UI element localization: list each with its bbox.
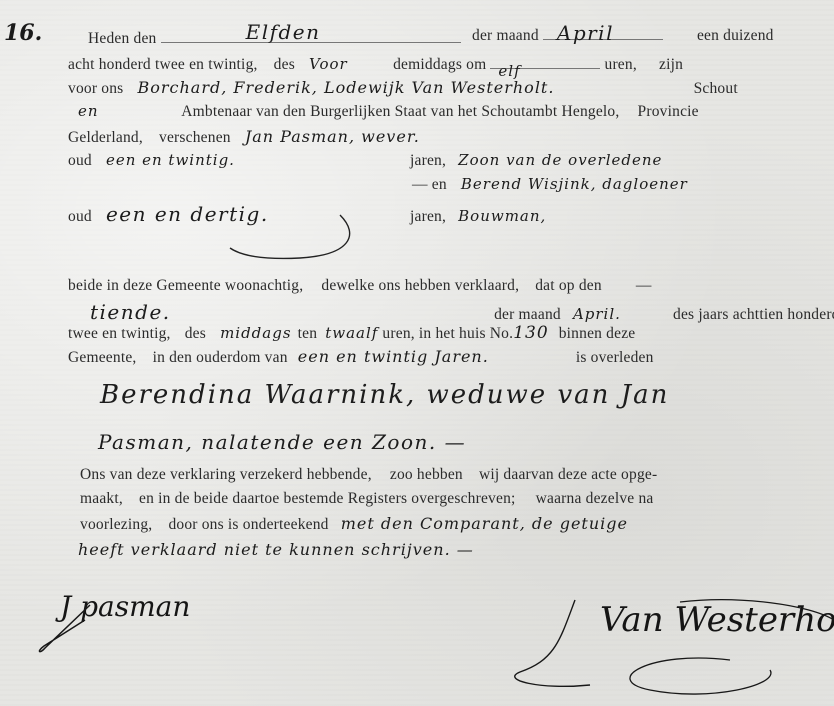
printed-text: zoo hebben xyxy=(390,466,463,483)
printed-text: Gemeente, xyxy=(68,349,137,366)
line-2: acht honderd twee en twintig, des Voor d… xyxy=(68,55,683,74)
printed-text: Ambtenaar van den Burgerlijken Staat van… xyxy=(181,103,619,120)
line-4: en Ambtenaar van den Burgerlijken Staat … xyxy=(68,102,699,121)
handwritten-official-name: Borchard, Frederik, Lodewijk Van Westerh… xyxy=(138,78,678,97)
printed-text: waarna dezelve na xyxy=(536,490,654,507)
handwritten-relation: Zoon van de overledene xyxy=(458,151,662,169)
printed-text: oud xyxy=(68,152,92,169)
line-6: oud een en twintig. jaren, Zoon van de o… xyxy=(68,151,662,170)
line-9: beide in deze Gemeente woonachtig, dewel… xyxy=(68,277,652,295)
printed-text: acht honderd twee en twintig, xyxy=(68,56,258,73)
printed-text: wij daarvan deze acte opge- xyxy=(479,466,657,483)
handwritten-deceased-details: Pasman, nalatende een Zoon. — xyxy=(98,430,466,454)
printed-text: jaren, xyxy=(410,152,446,169)
handwritten-death-day: tiende. xyxy=(68,300,490,324)
printed-text: Heden den xyxy=(88,30,157,47)
fill-blank: April xyxy=(543,39,663,40)
signature-flourish-right xyxy=(480,590,834,706)
signature-flourish-left xyxy=(30,600,110,660)
printed-text: des jaars achttien honderd xyxy=(673,306,834,323)
handwritten-deceased-age: een en twintig Jaren. xyxy=(298,347,538,366)
printed-text: verschenen xyxy=(159,129,231,146)
printed-text: en in de beide daartoe bestemde Register… xyxy=(139,490,516,507)
handwritten-age-1: een en twintig. xyxy=(106,151,406,169)
flourish-decoration xyxy=(220,210,380,270)
printed-text: twee en twintig, xyxy=(68,325,171,342)
printed-text: — xyxy=(636,277,652,294)
printed-text: demiddags om xyxy=(393,56,486,73)
fill-blank: elf xyxy=(490,68,600,69)
line-1: Heden den Elfden xyxy=(88,30,461,48)
handwritten-witness-note: heeft verklaard niet te kunnen schrijven… xyxy=(78,540,474,559)
printed-text: des xyxy=(274,56,295,73)
printed-text: uren, xyxy=(605,56,637,73)
line-16: maakt, en in de beide daartoe bestemde R… xyxy=(80,490,653,508)
printed-text: Ons van deze verklaring verzekerd hebben… xyxy=(80,466,372,483)
printed-text: — en xyxy=(412,176,447,193)
handwritten-declarant: Jan Pasman, wever. xyxy=(245,127,420,146)
handwritten-death-month: April. xyxy=(573,305,669,323)
printed-text: door ons is onderteekend xyxy=(168,516,328,533)
handwritten-house-number: 130 xyxy=(513,323,548,343)
printed-text: uren, in het huis No. xyxy=(382,325,513,342)
printed-text: der maand xyxy=(494,306,561,323)
printed-text: dat op den xyxy=(535,277,602,294)
printed-text: voor ons xyxy=(68,80,123,97)
printed-text: maakt, xyxy=(80,490,123,507)
handwritten-death-hour: twaalf xyxy=(325,324,378,342)
handwritten-witness: Berend Wisjink, dagloener xyxy=(461,175,688,193)
printed-text: Provincie xyxy=(638,103,699,120)
line-15: Ons van deze verklaring verzekerd hebben… xyxy=(80,466,657,484)
printed-text: zijn xyxy=(659,56,683,73)
printed-text: Schout xyxy=(694,80,738,97)
fill-blank: Elfden xyxy=(161,42,461,43)
printed-text: beide in deze Gemeente woonachtig, xyxy=(68,277,303,294)
printed-text: jaren, xyxy=(410,208,446,225)
handwritten-and: en xyxy=(68,102,178,120)
printed-text: dewelke ons hebben verklaard, xyxy=(321,277,519,294)
printed-text: der maand xyxy=(472,27,539,44)
printed-text: ten xyxy=(298,325,318,342)
handwritten-occupation: Bouwman, xyxy=(458,207,546,225)
record-number: 16. xyxy=(4,20,42,46)
line-10: tiende. der maand April. des jaars achtt… xyxy=(68,300,834,324)
handwritten-day: Elfden xyxy=(246,20,321,44)
line-7: — en Berend Wisjink, dagloener xyxy=(412,175,688,194)
line-11: twee en twintig, des middags ten twaalf … xyxy=(68,323,635,343)
handwritten-month: April xyxy=(557,21,614,45)
printed-text: is overleden xyxy=(576,349,654,366)
printed-text: Gelderland, xyxy=(68,129,143,146)
printed-text: des xyxy=(185,325,206,342)
line-5: Gelderland, verschenen Jan Pasman, wever… xyxy=(68,127,420,147)
line-17: voorlezing, door ons is onderteekend met… xyxy=(80,514,628,534)
line-3: voor ons Borchard, Frederik, Lodewijk Va… xyxy=(68,78,738,98)
handwritten-deceased-name: Berendina Waarnink, weduwe van Jan xyxy=(100,380,669,410)
printed-text: voorlezing, xyxy=(80,516,152,533)
printed-text: binnen deze xyxy=(559,325,636,342)
handwritten-time-of-day: middags xyxy=(220,324,291,342)
line-1b: der maand April een duizend xyxy=(472,27,774,45)
printed-text: oud xyxy=(68,208,92,225)
line-12: Gemeente, in den ouderdom van een en twi… xyxy=(68,347,654,367)
printed-text: een duizend xyxy=(697,27,774,44)
handwritten-signing-note: met den Comparant, de getuige xyxy=(341,514,628,533)
handwritten-period: Voor xyxy=(309,55,389,73)
printed-text: in den ouderdom van xyxy=(153,349,288,366)
